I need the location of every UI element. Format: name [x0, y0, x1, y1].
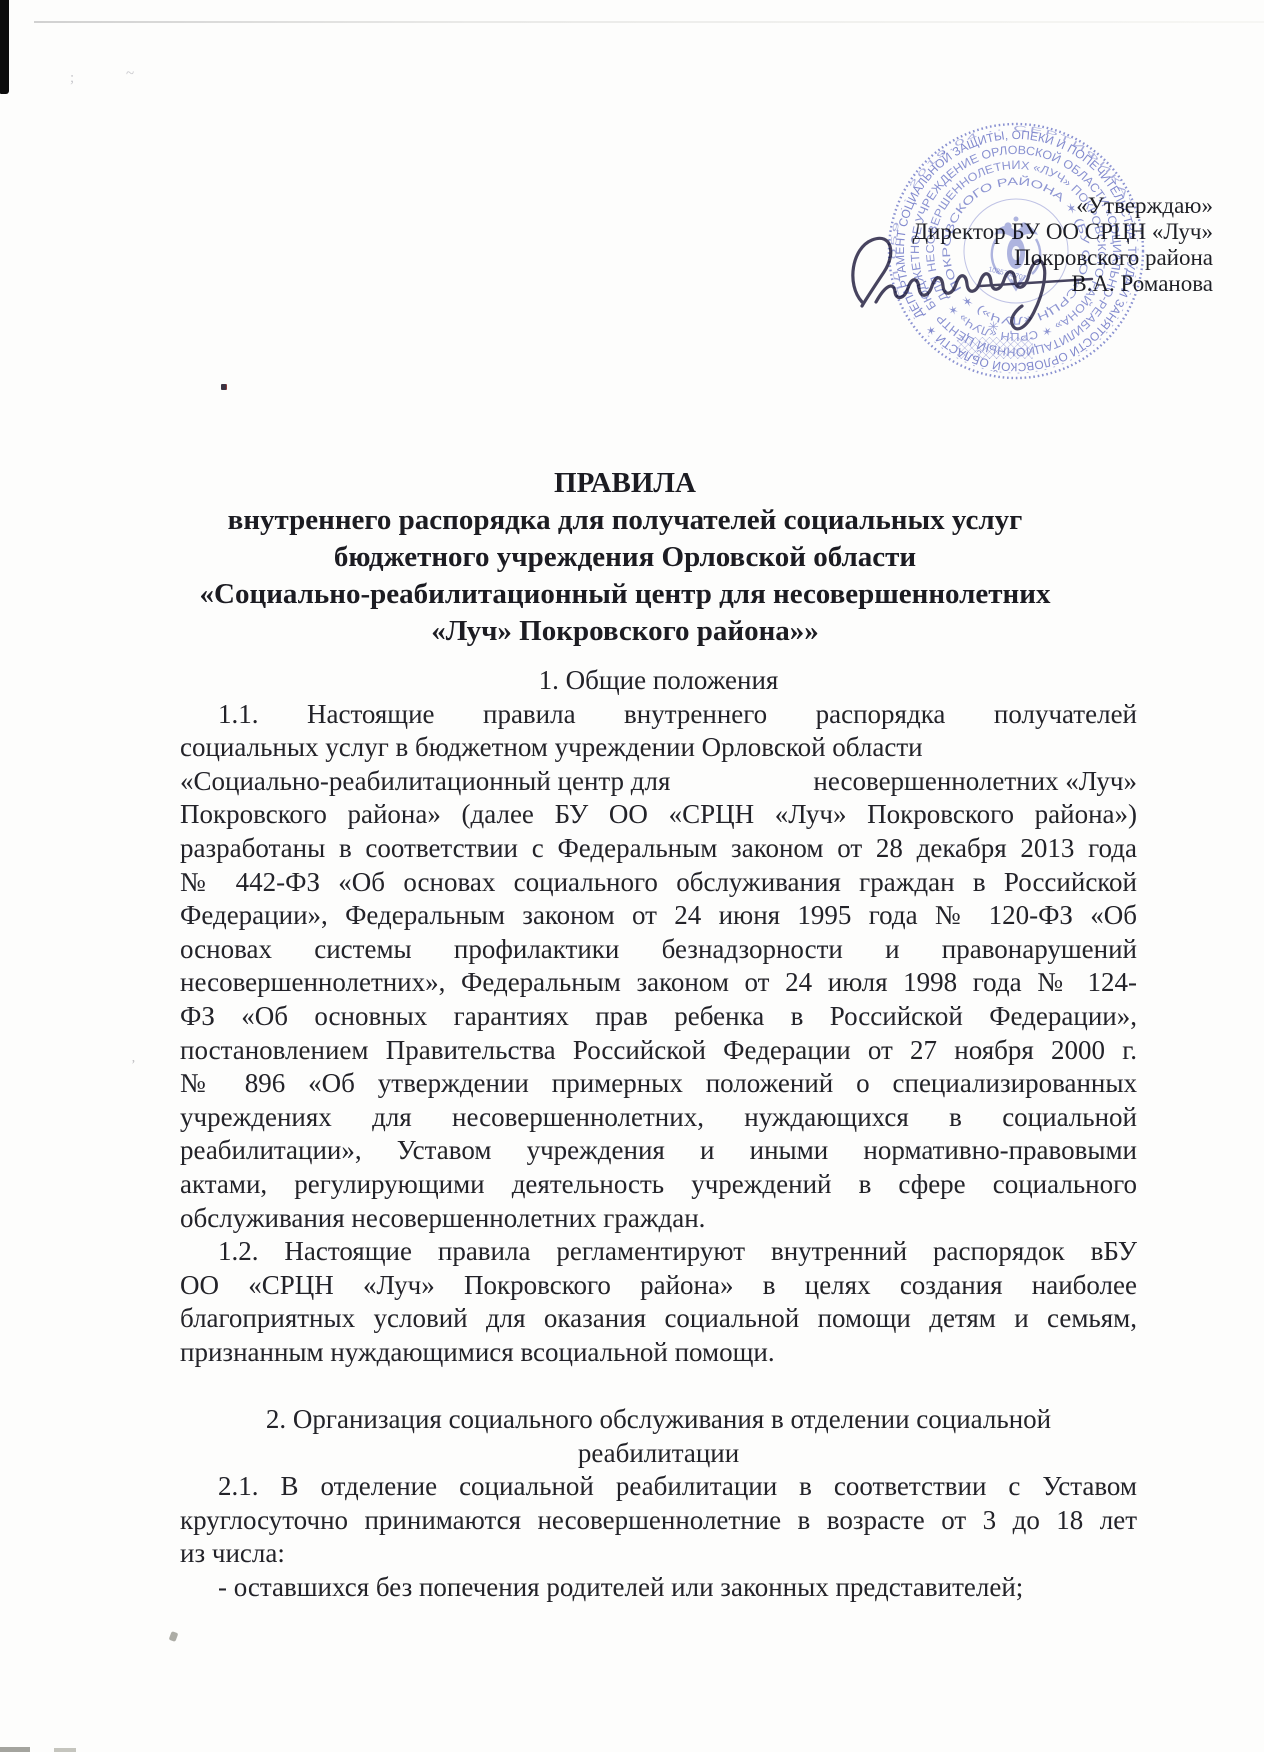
text-line: реабилитации», Уставом учреждения и иным… — [180, 1134, 1137, 1168]
text-line: 1.2. Настоящие правила регламентируют вн… — [180, 1235, 1137, 1269]
scan-edge-artifact — [54, 1748, 76, 1752]
text-line: ОО «СРЦН «Луч» Покровского района» в цел… — [180, 1269, 1137, 1303]
text-line: основах системы профилактики безнадзорно… — [180, 933, 1137, 967]
section-2-heading: 2. Организация социального обслуживания … — [180, 1403, 1137, 1437]
signature-stroke — [876, 260, 1045, 328]
scan-speck: ’ — [131, 1058, 136, 1074]
text-line: Федерации», Федеральным законом от 24 ию… — [180, 899, 1137, 933]
director-signature — [840, 200, 1140, 345]
document-title: ПРАВИЛАвнутреннего распорядка для получа… — [150, 465, 1100, 650]
text-line: несовершеннолетних», Федеральным законом… — [180, 966, 1137, 1000]
text-line: № 442-ФЗ «Об основах социального обслужи… — [180, 866, 1137, 900]
text-line: социальных услуг в бюджетном учреждении … — [180, 731, 1137, 765]
title-line: внутреннего распорядка для получателей с… — [150, 502, 1100, 539]
title-line: «Луч» Покровского района»» — [150, 613, 1100, 650]
text-segment: несовершеннолетних «Луч» — [813, 765, 1137, 799]
signature-underline — [980, 279, 1092, 286]
text-line: 1.1. Настоящие правила внутреннего распо… — [180, 698, 1137, 732]
scanned-page: { "approval": { "line1": "«Утверждаю»", … — [0, 0, 1264, 1752]
text-line: обслуживания несовершеннолетних граждан. — [180, 1202, 1137, 1236]
text-line: благоприятных условий для оказания социа… — [180, 1302, 1137, 1336]
text-line: - оставшихся без попечения родителей или… — [180, 1571, 1137, 1605]
text-line: постановлением Правительства Российской … — [180, 1034, 1137, 1068]
signature-stroke — [853, 238, 891, 306]
section-2-heading: реабилитации — [180, 1437, 1137, 1471]
title-line: бюджетного учреждения Орловской области — [150, 539, 1100, 576]
text-line: из числа: — [180, 1537, 1137, 1571]
text-line: № 896 «Об утверждении примерных положени… — [180, 1067, 1137, 1101]
text-line — [180, 1369, 1137, 1403]
text-segment: «Социально-реабилитационный центр для — [180, 765, 670, 799]
text-line: круглосуточно принимаются несовершенноле… — [180, 1504, 1137, 1538]
scan-speck — [221, 384, 226, 390]
title-line: ПРАВИЛА — [150, 465, 1100, 502]
scan-speck: ; — [70, 70, 74, 87]
scan-edge-artifact — [0, 1747, 30, 1752]
title-line: «Социально-реабилитационный центр для не… — [150, 576, 1100, 613]
text-line: признанным нуждающимися всоциальной помо… — [180, 1336, 1137, 1370]
scan-line-artifact — [34, 21, 1264, 23]
text-line: 2.1. В отделение социальной реабилитации… — [180, 1470, 1137, 1504]
scan-edge-artifact — [0, 0, 9, 94]
text-line: учреждениях для несовершеннолетних, нужд… — [180, 1101, 1137, 1135]
text-line: актами, регулирующими деятельность учреж… — [180, 1168, 1137, 1202]
scan-speck: ~ — [126, 66, 134, 83]
text-line: ФЗ «Об основных гарантиях прав ребенка в… — [180, 1000, 1137, 1034]
text-line: разработаны в соответствии с Федеральным… — [180, 832, 1137, 866]
text-line: «Социально-реабилитационный центр длянес… — [180, 765, 1137, 799]
scan-speck — [169, 1631, 179, 1642]
text-line: Покровского района» (далее БУ ОО «СРЦН «… — [180, 798, 1137, 832]
section-1-heading: 1. Общие положения — [180, 664, 1137, 698]
document-body: 1. Общие положения1.1. Настоящие правила… — [180, 664, 1137, 1605]
